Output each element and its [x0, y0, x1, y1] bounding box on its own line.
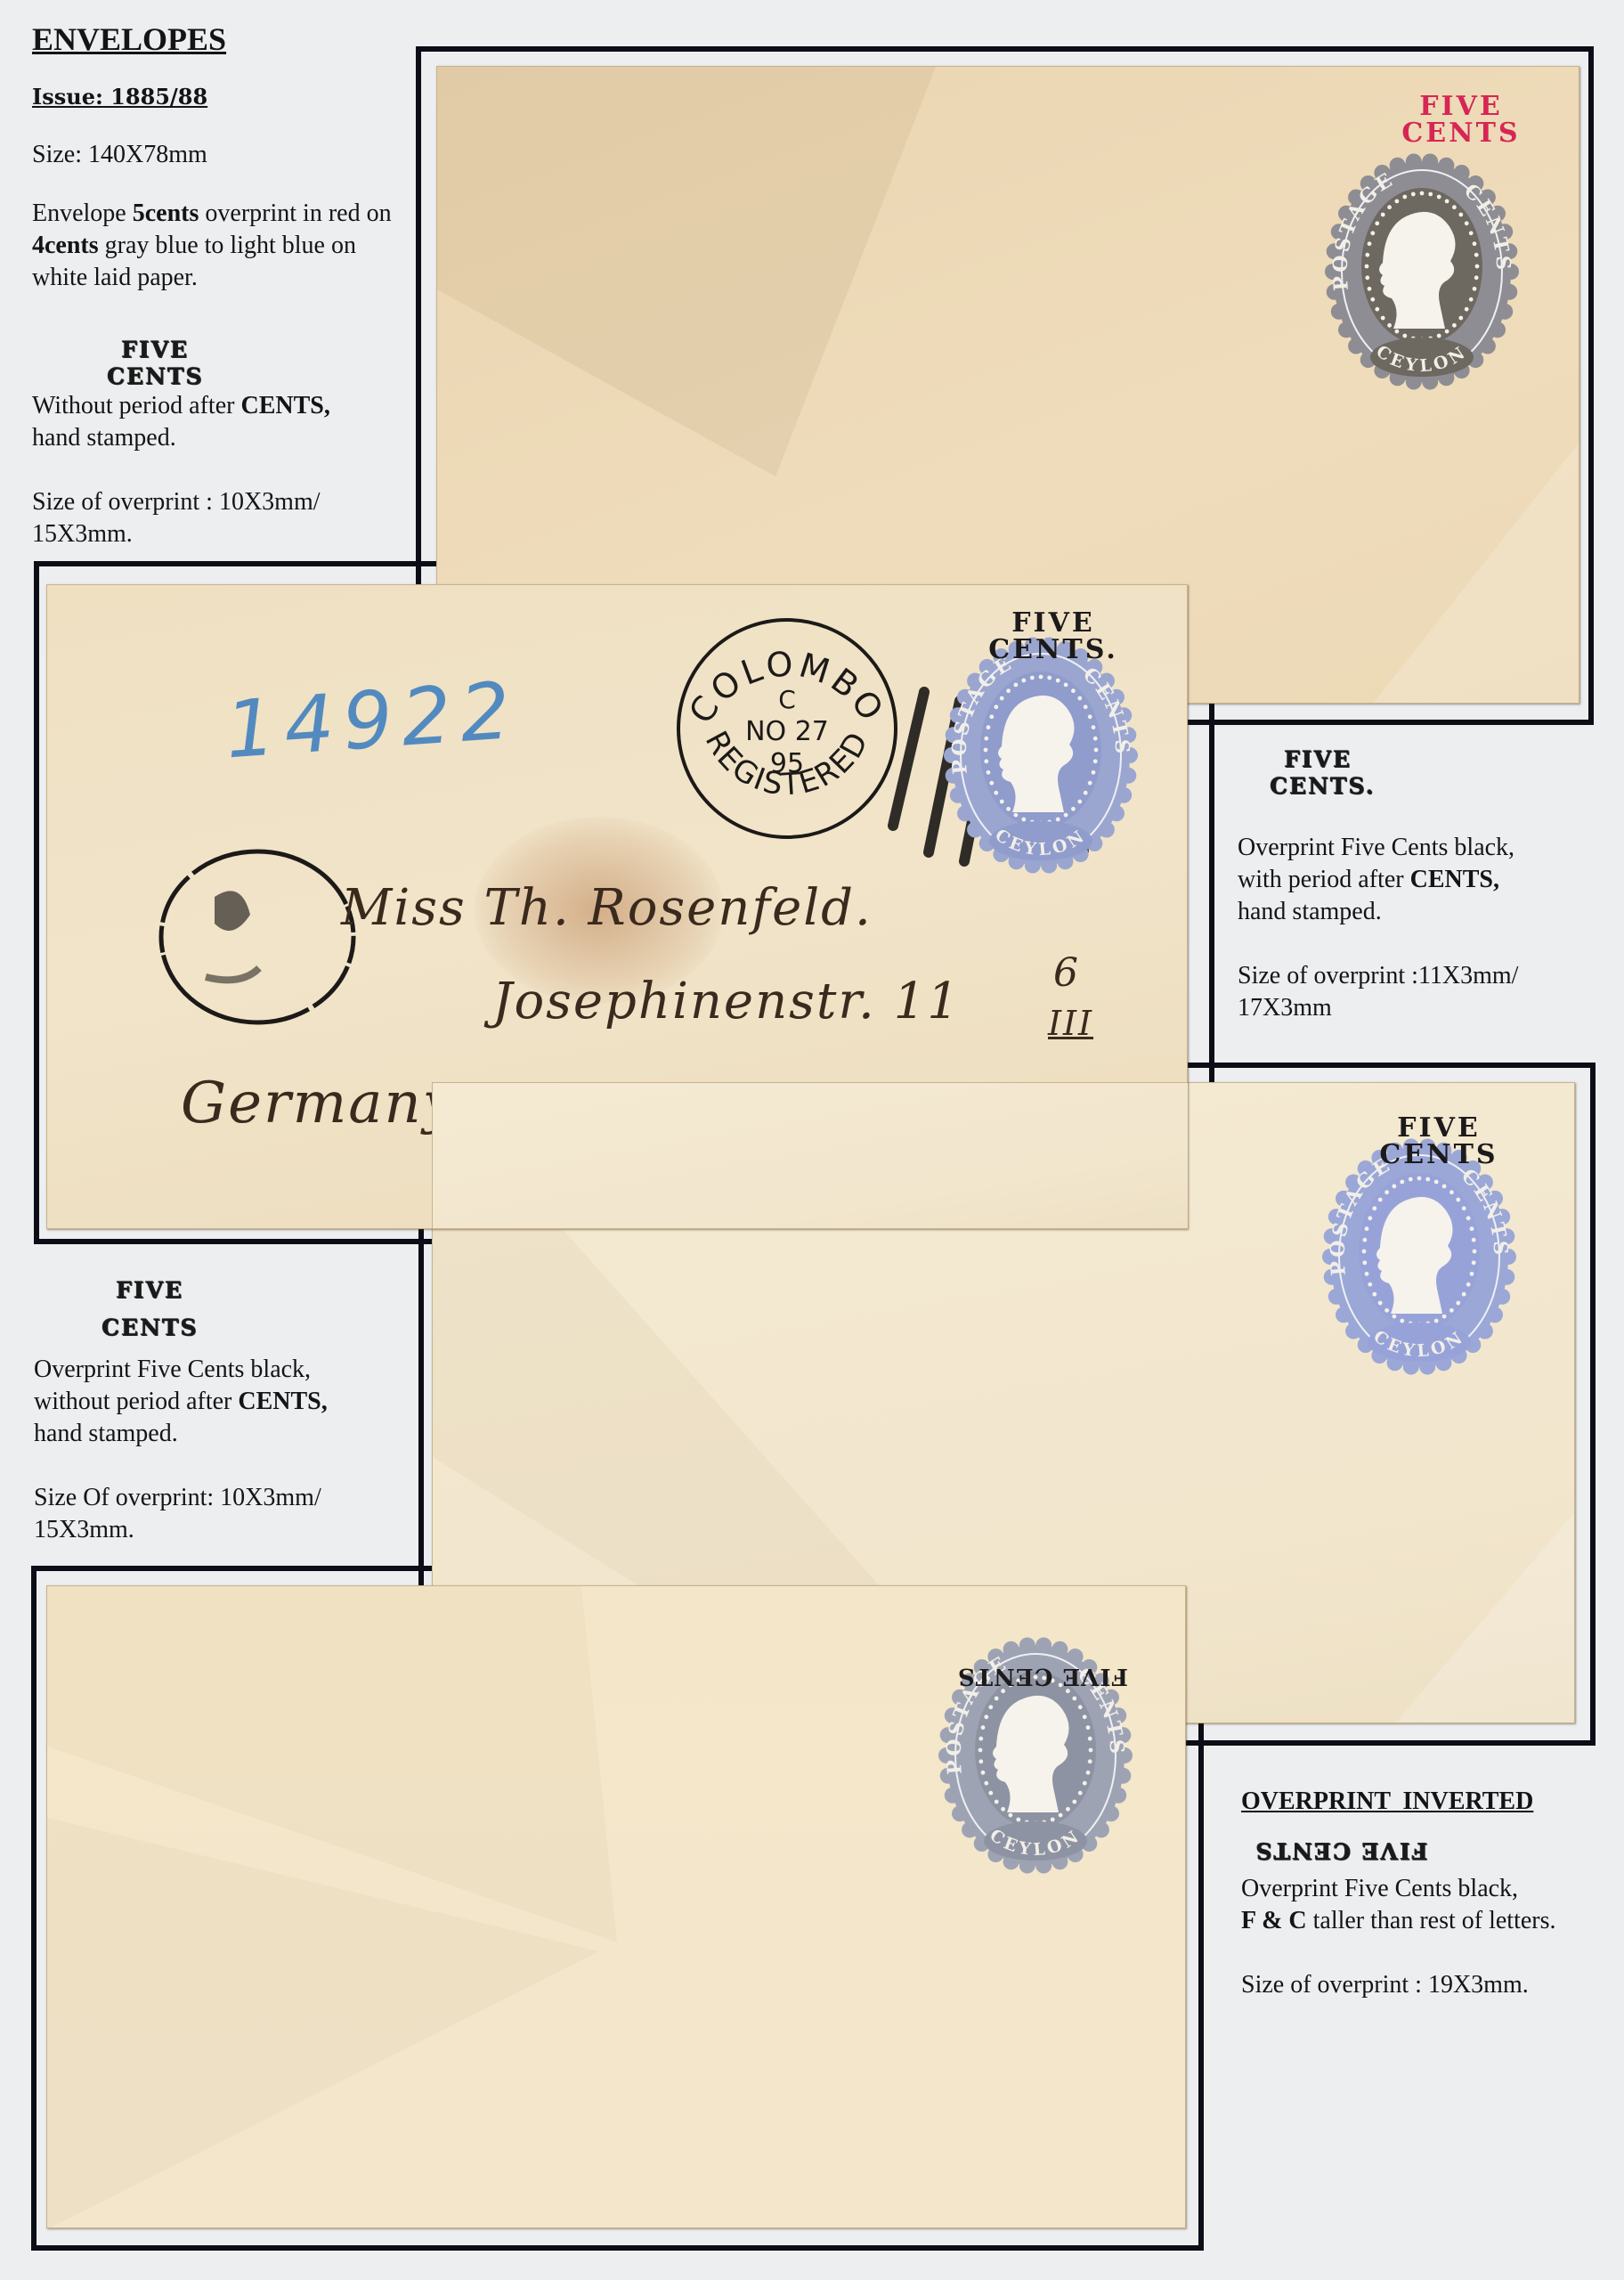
svg-text:NO 27: NO 27: [745, 716, 829, 747]
svg-text:C: C: [778, 685, 796, 714]
text-run: 5cents: [133, 199, 199, 227]
embossed-stamp: POSTAGE CENTS CEYLON: [1321, 1136, 1517, 1377]
text-run: without period after: [34, 1388, 238, 1415]
overprint: FIVECENTS: [1363, 94, 1559, 147]
envelope-black-overprint-overlap: [432, 1082, 1188, 1229]
note-line: Overprint Five Cents black,: [1241, 1873, 1624, 1905]
overprint-sample-line: FIVE: [121, 337, 415, 363]
address-fraction-bottom: III: [1048, 1004, 1093, 1043]
overprint-sample-line: CENTS.: [1270, 773, 1612, 800]
overprint-line: FIVE: [1363, 94, 1559, 120]
embossed-stamp: POSTAGE CENTS CEYLON: [943, 635, 1139, 875]
note-line: hand stamped.: [32, 422, 415, 454]
colombo-registered-postmark: COLOMBO REGISTERED C NO 27 95: [667, 608, 907, 849]
overprint-sample-line: FIVE: [1284, 746, 1612, 773]
overprint-sample: FIVE CENTS: [1241, 1837, 1473, 1864]
overprint-size: Size of overprint : 19X3mm.: [1241, 1969, 1624, 2001]
svg-text:95: 95: [770, 748, 804, 779]
note-line: hand stamped.: [1238, 896, 1612, 928]
issue-heading: Issue: 1885/88: [32, 82, 406, 112]
text-run: Overprint Five Cents black,: [34, 1356, 311, 1383]
overprint-line: CENTS.: [964, 637, 1142, 664]
arrival-postmark: [152, 843, 366, 1030]
page-title: ENVELOPES: [32, 20, 406, 59]
text-run: taller than rest of letters.: [1307, 1907, 1556, 1934]
address-line-2: Josephinenstr. 11: [492, 973, 961, 1030]
note-line: hand stamped.: [34, 1418, 408, 1450]
text-run: F & C: [1241, 1907, 1307, 1934]
overprint-sample: FIVECENTS.: [1238, 746, 1612, 800]
address-line-3: Germany: [181, 1071, 457, 1136]
note-line: Overprint Five Cents black,: [1238, 832, 1612, 864]
text-run: with period after: [1238, 866, 1410, 893]
text-run: hand stamped.: [34, 1420, 178, 1447]
registration-number: 14922: [223, 664, 522, 777]
text-run: CENTS,: [238, 1388, 327, 1415]
overprint-size: 15X3mm.: [32, 518, 415, 550]
overprint-size: Size Of overprint: 10X3mm/: [34, 1482, 408, 1514]
note-black-with-period: FIVECENTS. Overprint Five Cents black,wi…: [1238, 746, 1612, 1024]
note-line: Overprint Five Cents black,: [34, 1354, 408, 1386]
overprint-line: FIVE CENTS: [945, 1663, 1141, 1690]
overprint-size: Size of overprint :11X3mm/: [1238, 960, 1612, 992]
overprint-line: CENTS: [1363, 120, 1559, 147]
text-run: Without period after: [32, 392, 240, 419]
overprint: FIVECENTS: [1350, 1115, 1528, 1168]
text-run: Overprint Five Cents black,: [1238, 834, 1514, 861]
overprint-sample-line: FIVE CENTS: [1241, 1837, 1428, 1864]
address-line-1: Miss Th. Rosenfeld.: [341, 879, 873, 937]
overprint-sample: FIVECENTS: [34, 1272, 408, 1347]
note-line: with period after CENTS,: [1238, 864, 1612, 896]
size-label: Size: 140X78mm: [32, 139, 406, 171]
text-run: CENTS,: [1410, 866, 1499, 893]
inverted-heading: OVERPRINT INVERTED: [1241, 1786, 1624, 1818]
description: Envelope 5cents overprint in red on 4cen…: [32, 198, 406, 294]
note-red-overprint: FIVECENTS Without period after CENTS,han…: [32, 337, 415, 550]
overprint-line: FIVE: [964, 610, 1142, 637]
overprint-size: Size of overprint : 10X3mm/: [32, 486, 415, 518]
note-inverted: OVERPRINT INVERTED FIVE CENTS Overprint …: [1241, 1786, 1624, 2001]
text-run: 4cents: [32, 232, 99, 259]
overprint-size: 15X3mm.: [34, 1514, 408, 1546]
note-black-without-period: FIVECENTS Overprint Five Cents black,wit…: [34, 1272, 408, 1546]
text-run: CENTS,: [240, 392, 329, 419]
overprint-size: 17X3mm: [1238, 992, 1612, 1024]
envelope-inverted-overprint: POSTAGE CENTS CEYLON FIVE CENTS: [46, 1585, 1186, 2228]
overprint-sample-line: FIVE: [116, 1272, 408, 1309]
intro-text: ENVELOPES Issue: 1885/88 Size: 140X78mm …: [32, 20, 406, 294]
text-run: hand stamped.: [1238, 898, 1382, 925]
note-line: F & C taller than rest of letters.: [1241, 1905, 1624, 1937]
overprint: FIVECENTS.: [964, 610, 1142, 664]
address-fraction-top: 6: [1053, 950, 1080, 996]
overprint-line: CENTS: [1350, 1142, 1528, 1168]
overprint-sample: FIVECENTS: [32, 337, 415, 390]
overprint-sample-line: CENTS: [101, 1309, 408, 1347]
overprint-line: FIVE: [1350, 1115, 1528, 1142]
overprint: FIVE CENTS: [945, 1663, 1141, 1690]
text-run: Overprint Five Cents black,: [1241, 1875, 1518, 1902]
text-run: hand stamped.: [32, 424, 176, 452]
note-line: Without period after CENTS,: [32, 390, 415, 422]
overprint-sample-line: CENTS: [107, 363, 415, 390]
text-run: Envelope: [32, 199, 133, 227]
embossed-stamp: POSTAGE CENTS CEYLON: [1324, 151, 1520, 392]
note-line: without period after CENTS,: [34, 1386, 408, 1418]
text-run: overprint in red on: [199, 199, 391, 227]
